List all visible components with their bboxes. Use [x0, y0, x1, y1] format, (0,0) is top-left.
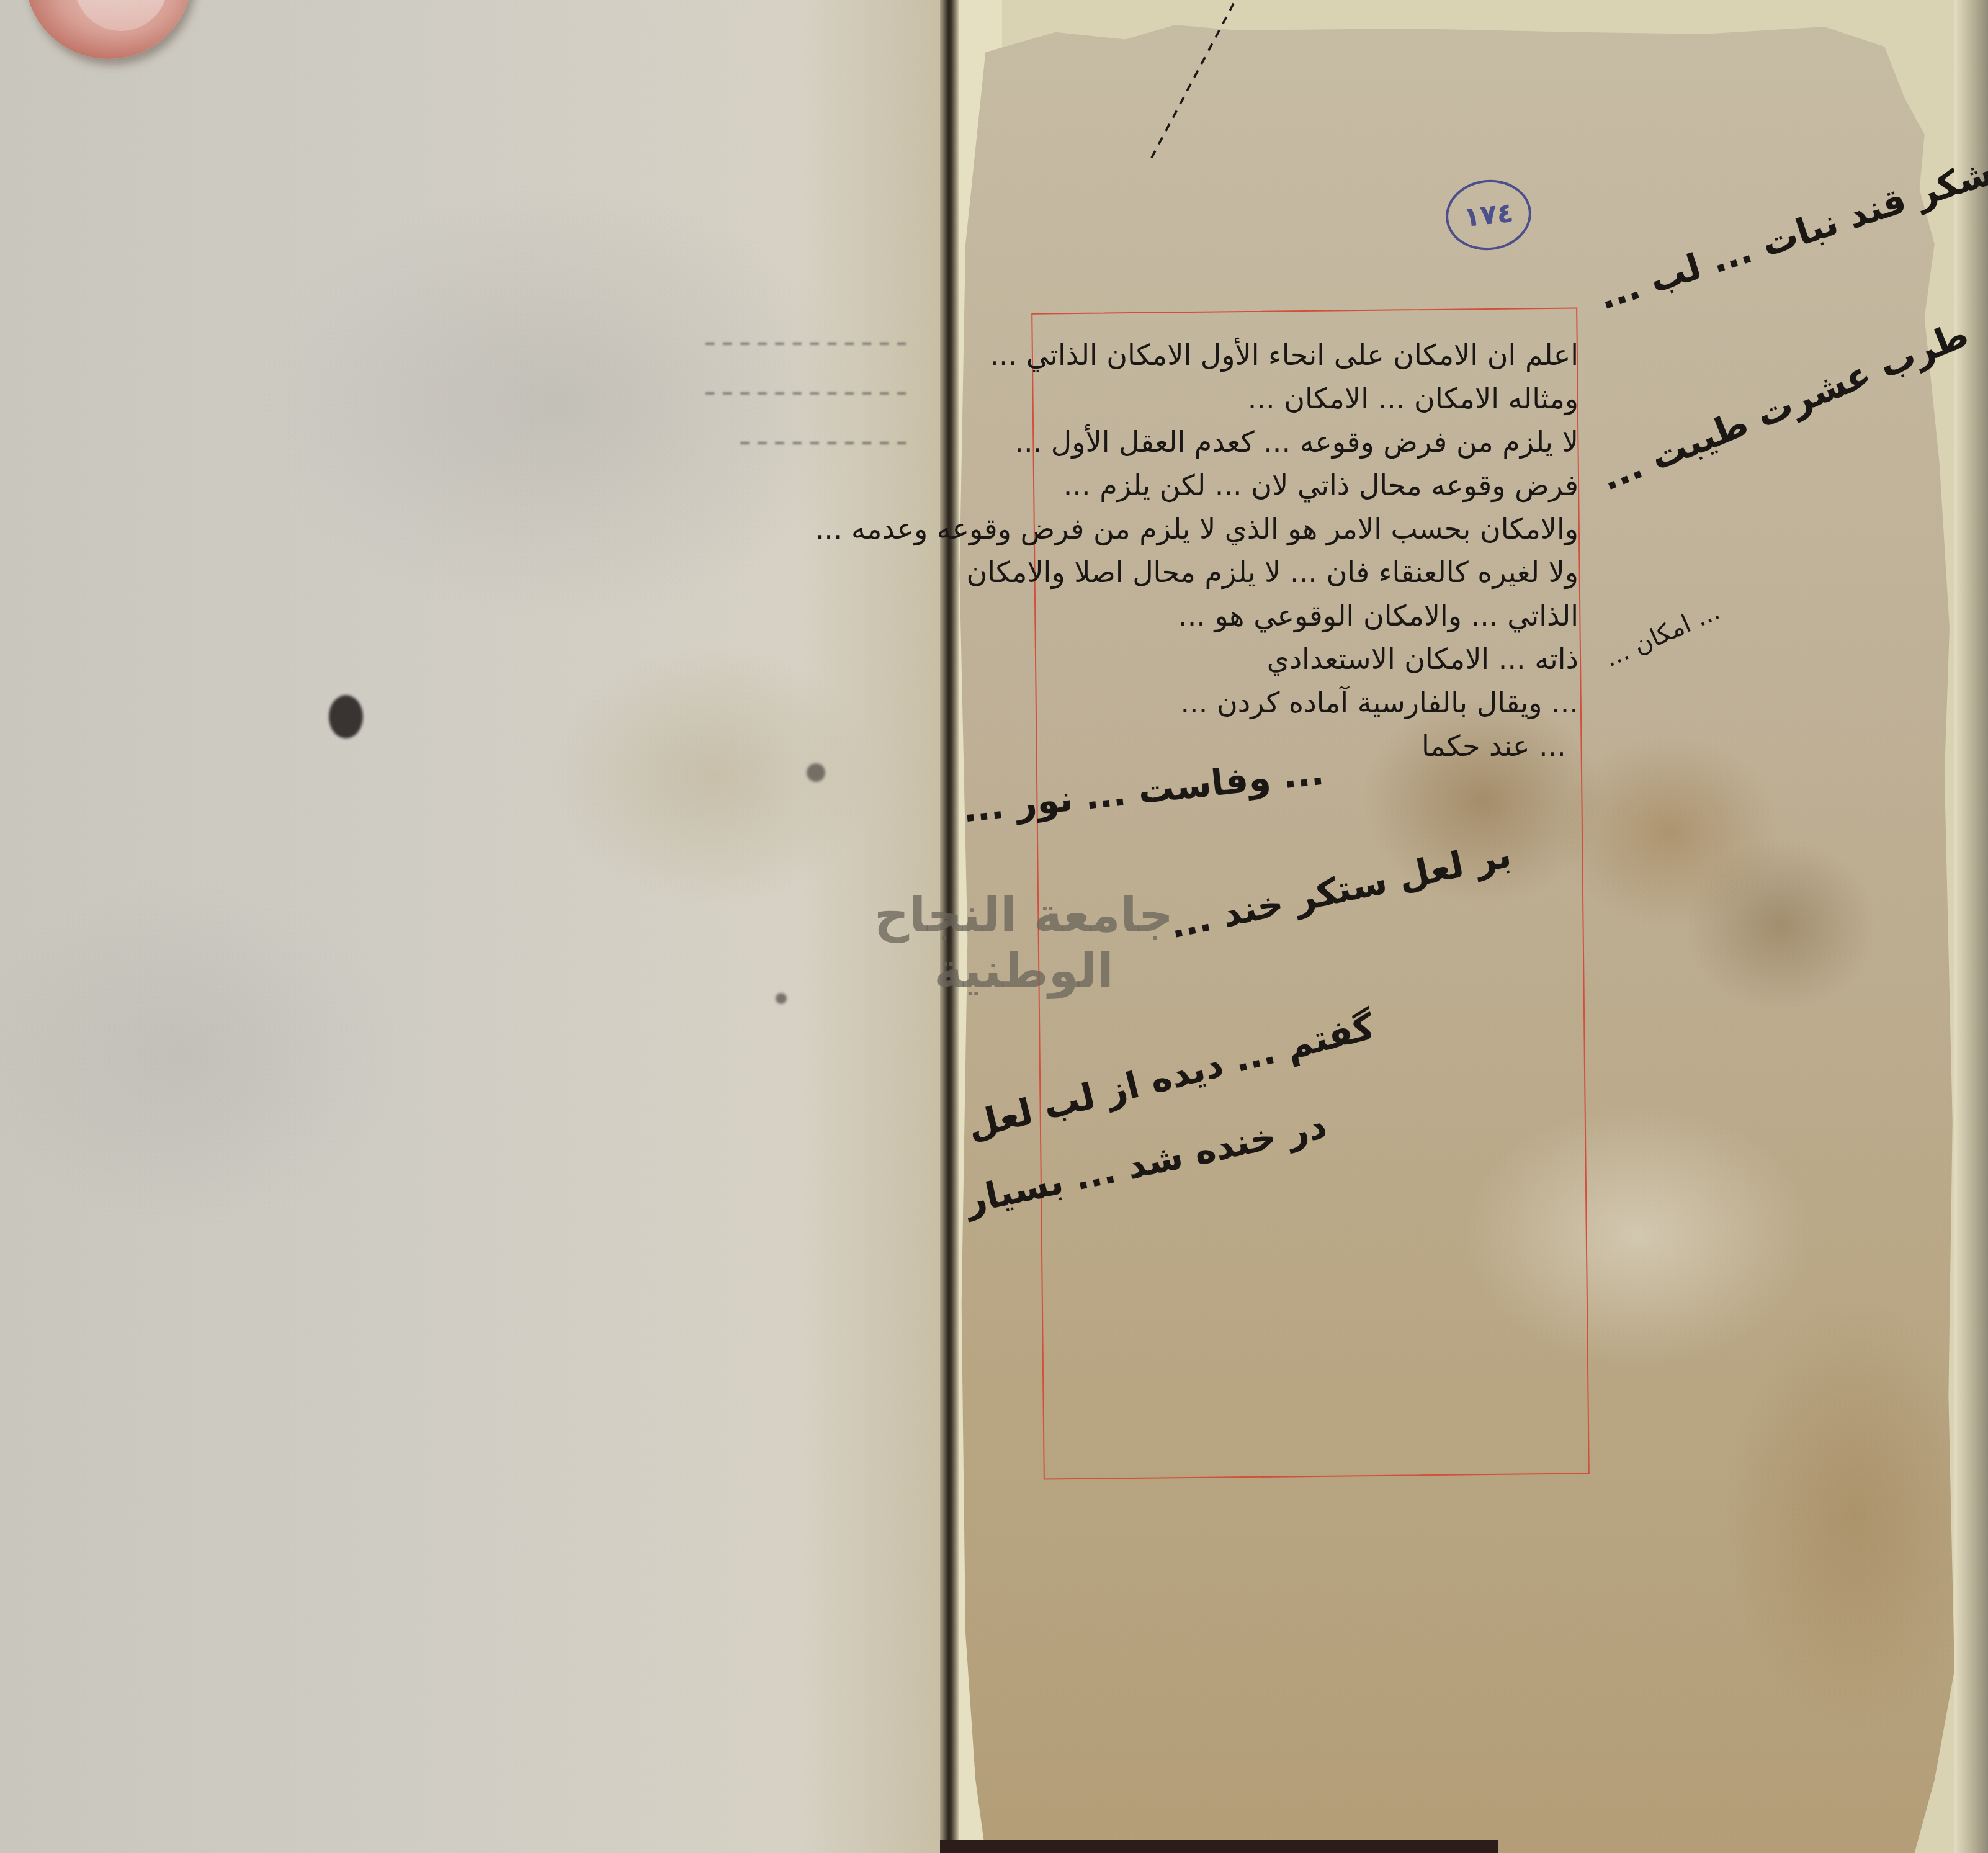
main-line: ولا لغيره كالعنقاء فان ... لا يلزم محال … [967, 555, 1578, 589]
main-line: ... ويقال بالفارسية آماده كردن ... [1180, 686, 1578, 719]
university-watermark: جامعة النجاح الوطنية [800, 887, 1247, 999]
ink-stain [329, 695, 363, 738]
main-line: اعلم ان الامكان على انحاء الأول الامكان … [990, 338, 1578, 372]
bottom-shadow [940, 1840, 1498, 1853]
bleed-line: ـ ـ ـ ـ ـ ـ ـ ـ ـ ـ ـ ـ [347, 310, 906, 360]
main-line: لا يلزم من فرض وقوعه ... كعدم العقل الأو… [1014, 425, 1578, 459]
main-line: فرض وقوعه محال ذاتي لان ... لكن يلزم ... [1063, 469, 1578, 502]
main-line: ومثاله الامكان ... الامكان ... [1248, 382, 1578, 415]
ink-bleed-through: ـ ـ ـ ـ ـ ـ ـ ـ ـ ـ ـ ـ ـ ـ ـ ـ ـ ـ ـ ـ … [347, 310, 906, 633]
stamp-number: ١٧٤ [1462, 197, 1515, 233]
main-line: ذاته ... الامكان الاستعدادي [1267, 642, 1578, 676]
main-line: الذاتي ... والامكان الوقوعي هو ... [1178, 599, 1578, 632]
page-edge-strip [1954, 0, 1988, 1853]
manuscript-spread: ـ ـ ـ ـ ـ ـ ـ ـ ـ ـ ـ ـ ـ ـ ـ ـ ـ ـ ـ ـ … [0, 0, 1988, 1853]
photographer-thumb [25, 0, 192, 59]
main-line: ... عند حكما [1422, 729, 1566, 763]
bleed-line: ـ ـ ـ ـ ـ ـ ـ ـ ـ ـ ـ ـ [347, 360, 906, 410]
main-line: والامكان بحسب الامر هو الذي لا يلزم من ف… [815, 512, 1578, 545]
ink-stain [807, 763, 825, 782]
left-page-blank: ـ ـ ـ ـ ـ ـ ـ ـ ـ ـ ـ ـ ـ ـ ـ ـ ـ ـ ـ ـ … [0, 0, 940, 1853]
ink-stain [776, 993, 787, 1004]
bleed-line: ـ ـ ـ ـ ـ ـ ـ ـ ـ ـ [347, 410, 906, 459]
thumbnail-nail [74, 0, 168, 31]
